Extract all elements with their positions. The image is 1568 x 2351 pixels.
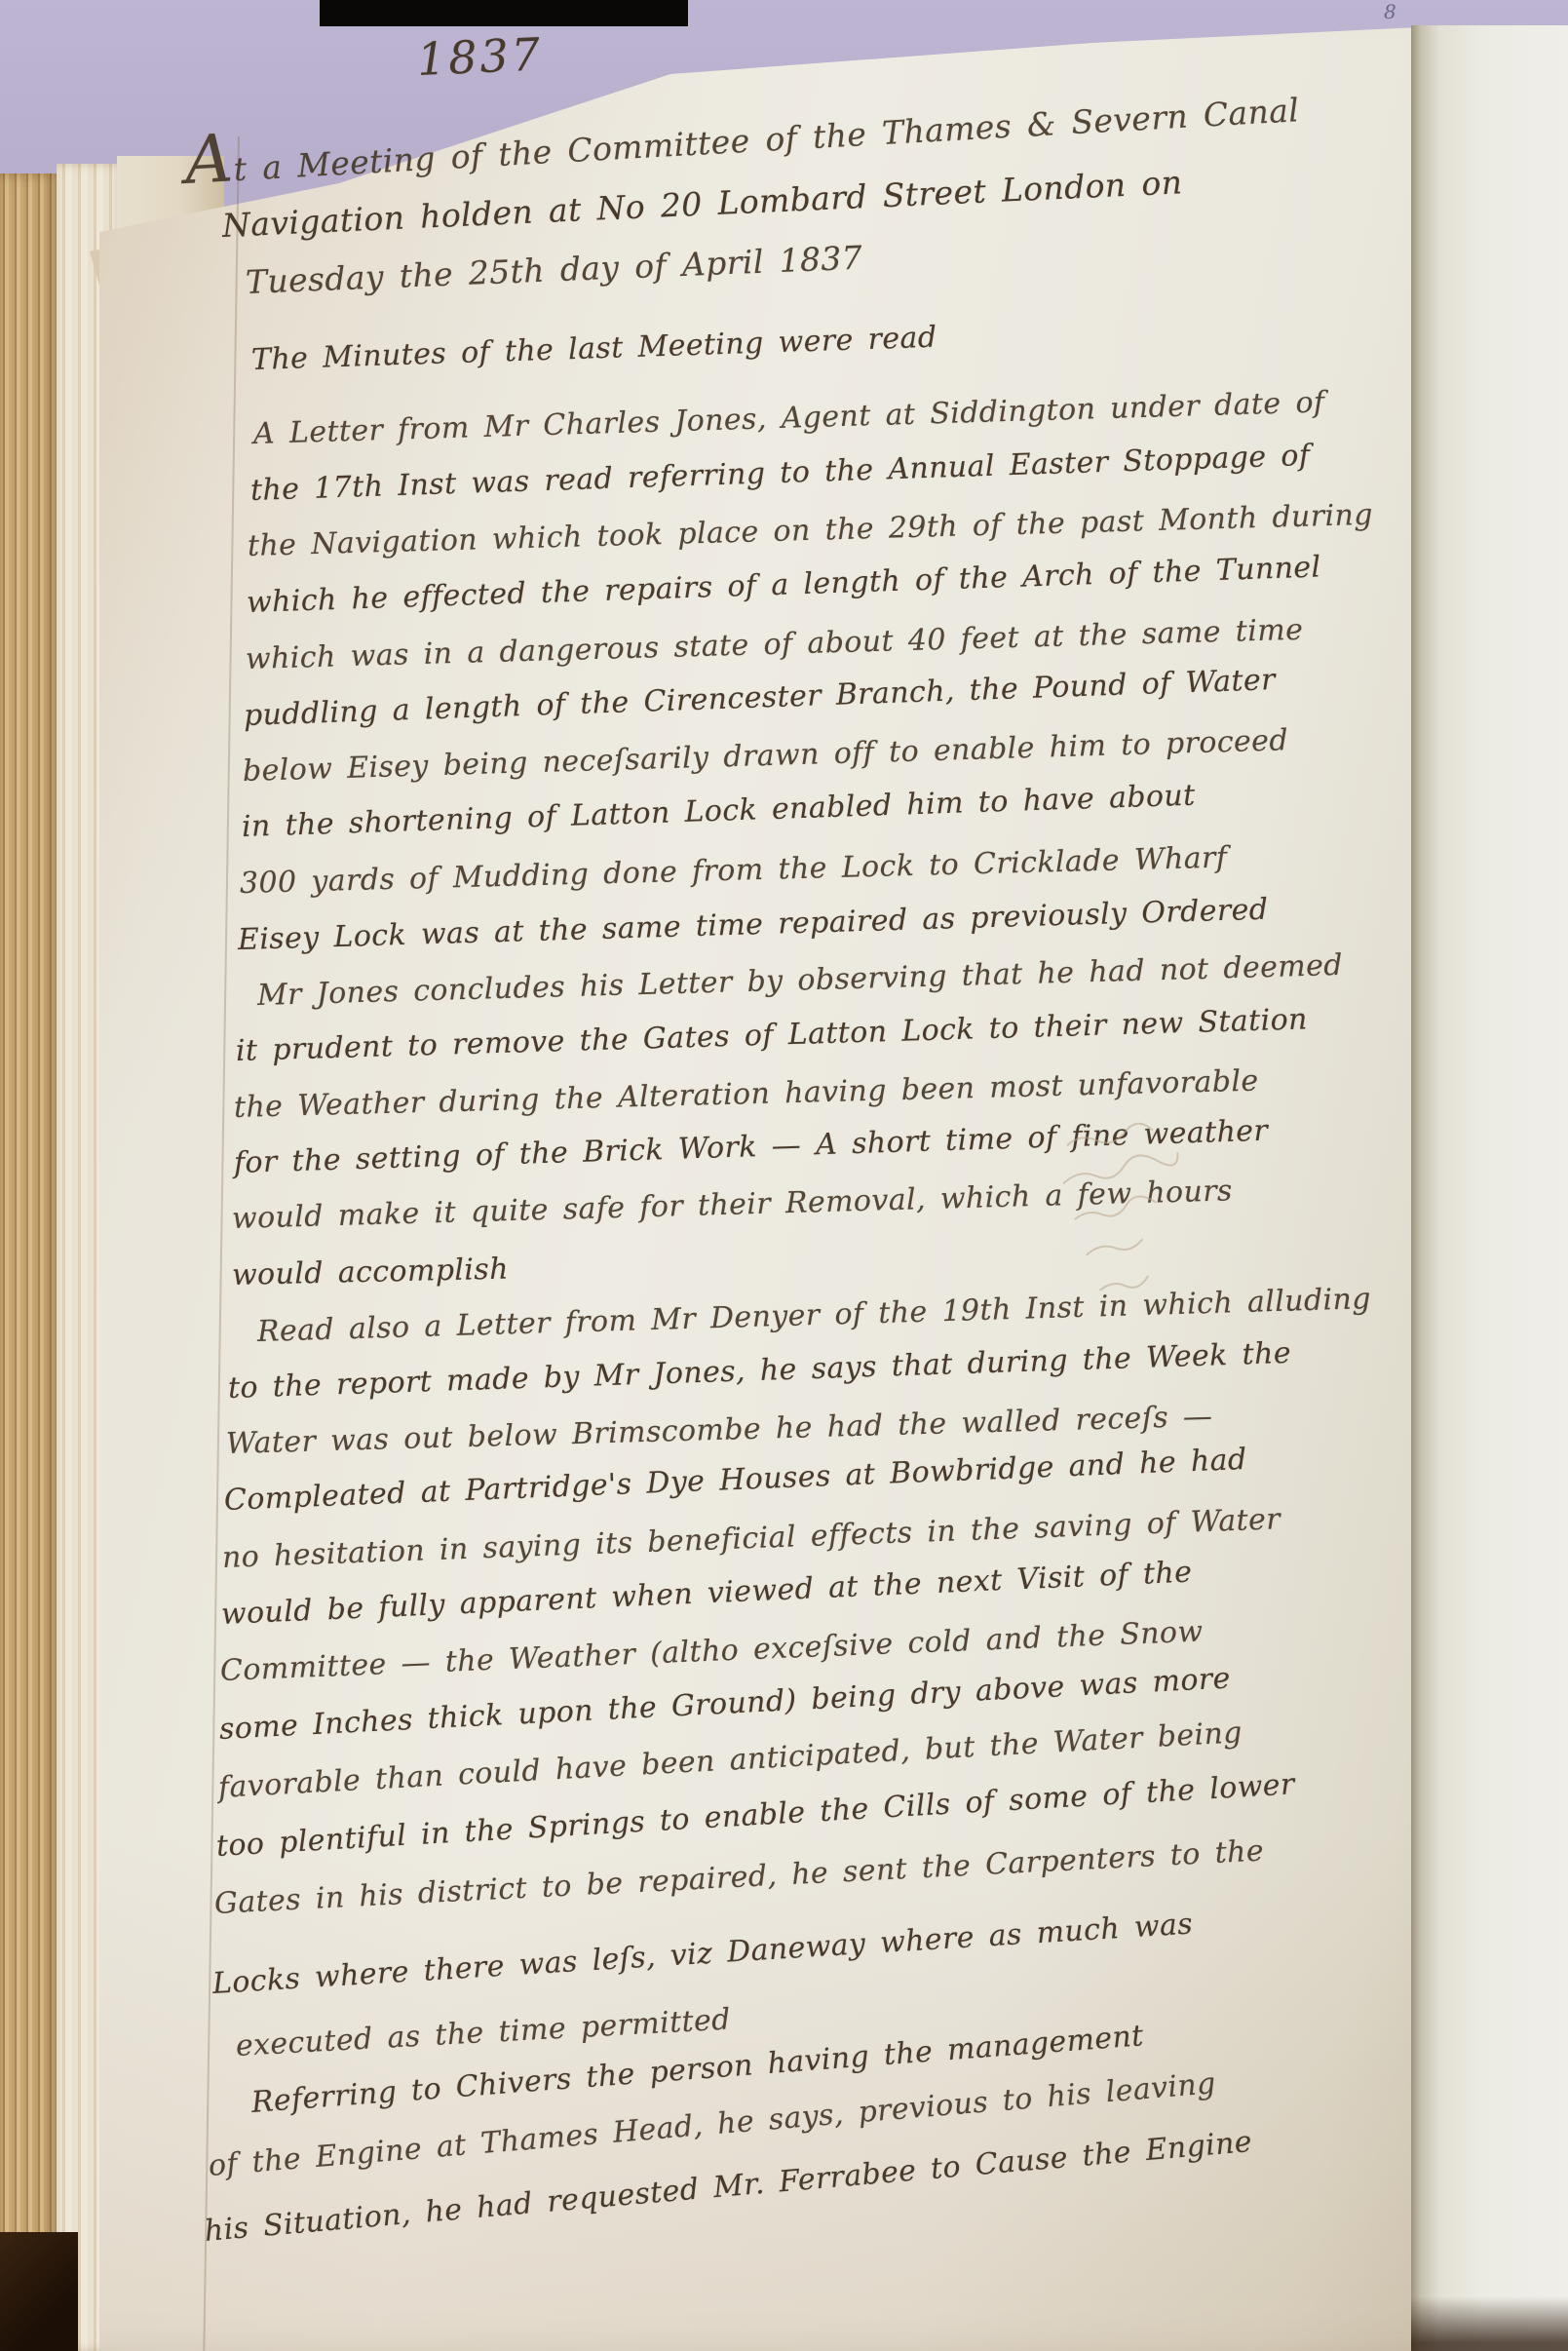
backdrop-dark-strip [320, 0, 688, 26]
manuscript-photo: 8 1837 At a Meeting of the Committee of … [0, 0, 1568, 2351]
pencil-marginalia [1046, 1099, 1261, 1330]
facing-page [1411, 25, 1568, 2351]
page-corner-mark: 8 [1384, 0, 1396, 23]
facing-page-shadow [1411, 2296, 1568, 2351]
book-cover-corner [0, 2232, 78, 2351]
year-heading: 1837 [416, 27, 544, 86]
manuscript-line: would accomplish [232, 1253, 510, 1292]
book-page-edges-outer [0, 173, 60, 2351]
